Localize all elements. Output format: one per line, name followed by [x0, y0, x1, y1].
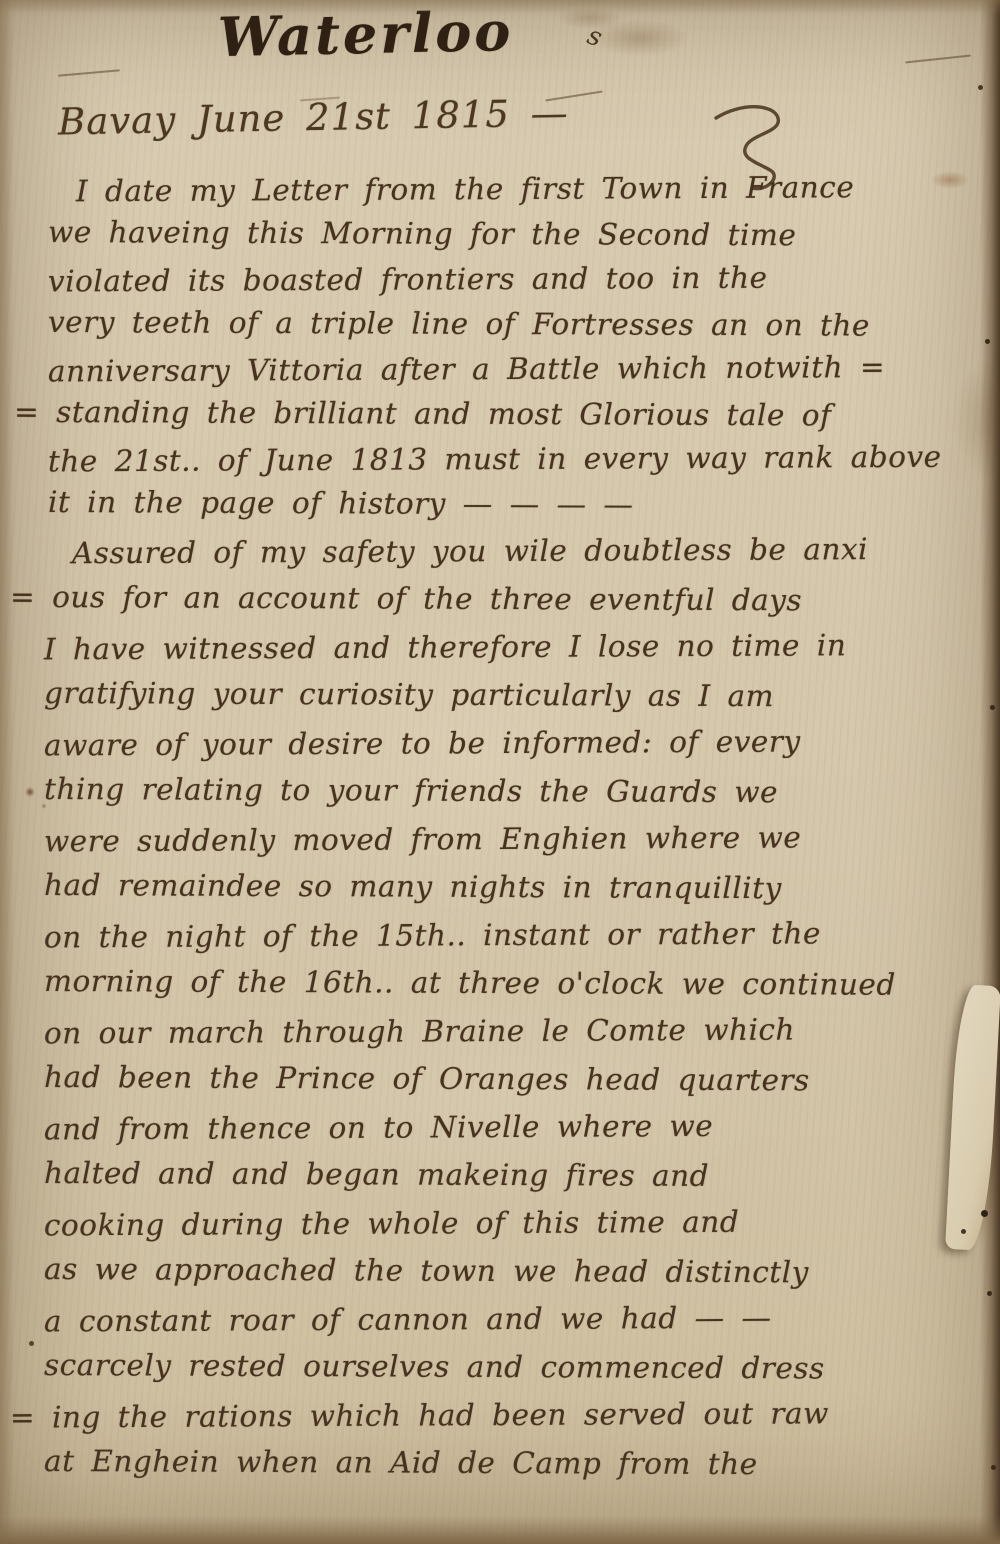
- manuscript-line: were suddenly moved from Enghien where w…: [44, 820, 972, 873]
- manuscript-line: aware of your desire to be informed: of …: [44, 724, 972, 777]
- manuscript-line: violated its boasted frontiers and too i…: [48, 260, 976, 310]
- manuscript-line: on the night of the 15th.. instant or ra…: [44, 916, 972, 969]
- manuscript-line: cooking during the whole of this time an…: [44, 1204, 972, 1257]
- manuscript-page: s Waterloo Bavay June 21st 1815 — I date…: [0, 0, 1000, 1544]
- manuscript-line: Assured of my safety you wile doubtless …: [44, 532, 972, 585]
- page-edge-bottom: [0, 1516, 1000, 1544]
- manuscript-line: gratifying your curiosity particularly a…: [44, 676, 972, 728]
- page-edge-left: [0, 0, 14, 1544]
- manuscript-line: we haveing this Morning for the Second t…: [48, 215, 976, 264]
- manuscript-line: halted and and began makeing fires and: [44, 1156, 972, 1208]
- manuscript-line: = standing the brilliant and most Glorio…: [48, 395, 976, 444]
- manuscript-line: the 21st.. of June 1813 must in every wa…: [48, 440, 976, 490]
- manuscript-line: morning of the 16th.. at three o'clock w…: [44, 964, 972, 1016]
- manuscript-line: at Enghein when an Aid de Camp from the: [44, 1444, 972, 1496]
- ink-specks: [0, 0, 3, 3]
- letter-dateline: Bavay June 21st 1815 —: [58, 92, 569, 144]
- page-edge-right: [980, 0, 1000, 1544]
- manuscript-line: thing relating to your friends the Guard…: [44, 772, 972, 824]
- ink-flourish: [905, 55, 971, 64]
- manuscript-line: anniversary Vittoria after a Battle whic…: [48, 350, 976, 400]
- manuscript-line: I have witnessed and therefore I lose no…: [44, 628, 972, 681]
- title-flourish-mark: s: [583, 21, 606, 54]
- manuscript-line: as we approached the town we head distin…: [44, 1252, 972, 1304]
- manuscript-line: scarcely rested ourselves and commenced …: [44, 1348, 972, 1400]
- manuscript-line: had been the Prince of Oranges head quar…: [44, 1060, 972, 1112]
- paragraph-2: Assured of my safety you wile doubtless …: [44, 534, 972, 1494]
- page-edge-top: [0, 0, 1000, 14]
- manuscript-line: had remaindee so many nights in tranquil…: [44, 868, 972, 920]
- manuscript-line: = ous for an account of the three eventf…: [44, 580, 972, 632]
- manuscript-line: and from thence on to Nivelle where we: [44, 1108, 972, 1161]
- manuscript-line: a constant roar of cannon and we had — —: [44, 1300, 972, 1353]
- manuscript-line: = ing the rations which had been served …: [44, 1396, 972, 1449]
- ink-flourish: [58, 69, 120, 76]
- manuscript-line: on our march through Braine le Comte whi…: [44, 1012, 972, 1065]
- manuscript-line: I date my Letter from the first Town in …: [48, 170, 976, 220]
- paragraph-1: I date my Letter from the first Town in …: [48, 172, 976, 532]
- manuscript-line: very teeth of a triple line of Fortresse…: [48, 305, 976, 354]
- manuscript-line: it in the page of history — — — —: [48, 485, 976, 534]
